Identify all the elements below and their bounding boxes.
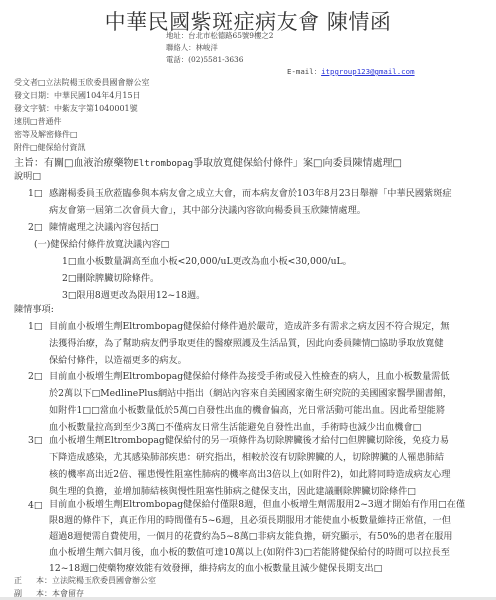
- petition-item: 目前血小板增生劑Eltrombopag健保給付條件過於嚴苛，造成許多有需求之病友…: [49, 318, 450, 369]
- org-phone: 電話：(02)5581-3636: [166, 54, 243, 65]
- original-recipient: 正本：立法院楊玉欣委員國會辦公室: [14, 575, 156, 586]
- petition-item: 目前血小板增生劑Eltrombopag健保給付僅限8週，但血小板增生劑需服用2~…: [49, 497, 465, 577]
- petition-item: 目前血小板增生劑Eltrombopag健保給付條件為接受手術或侵入性檢查的病人，…: [49, 368, 452, 436]
- explanation-item: 感謝楊委員玉欣蒞臨參與本病友會之成立大會，而本病友會於103年8月23日舉辦「中…: [49, 185, 452, 219]
- email-link[interactable]: itpgroup123@gmail.com: [321, 67, 414, 76]
- subject-line: 主旨：有關□血液治療藥物Eltrombopag爭取放寬健保給付條件」案□向委員陳…: [14, 154, 402, 169]
- org-contact-person: 聯絡人：林峻洋: [166, 42, 218, 53]
- email-label: E-mail：: [287, 67, 321, 76]
- delivery-speed: 速別□普通件: [14, 116, 62, 128]
- issue-date: 發文日期：中華民國104年4月15日: [14, 90, 141, 102]
- petition-item-number: 2□: [28, 368, 43, 385]
- explanation-item-number: 1□: [28, 185, 43, 202]
- petition-item: 血小板增生劑Eltrombopag健保給付的另一項條件為切除脾臟後才給付□但脾臟…: [49, 432, 450, 500]
- org-address: 地址：台北市松德路65號9樓之2: [166, 30, 274, 41]
- explanation-label: 說明□: [14, 168, 41, 185]
- email-row: E-mail：itpgroup123@gmail.com: [287, 66, 415, 77]
- petition-label: 陳情事項:: [14, 301, 54, 318]
- attachment-info: 附件□健保給付資訊: [14, 142, 86, 154]
- drug-name: Eltrombopag: [133, 159, 193, 169]
- resolution-item: 1□血小板數量調高至血小板<20,000/uL更改為血小板<30,000/uL。: [62, 253, 352, 270]
- document-page: 中華民國紫斑症病友會 陳情函 地址：台北市松德路65號9樓之2 聯絡人：林峻洋 …: [0, 0, 496, 600]
- recipient: 受文者□立法院楊玉欣委員國會辦公室: [14, 77, 150, 89]
- security-level: 密等及解密條件□: [14, 129, 78, 141]
- petition-item-number: 1□: [28, 318, 43, 335]
- resolution-item: 2□刪除脾臟切除條件。: [62, 270, 159, 287]
- resolution-subheading: (一)健保給付條件放寬決議內容□: [34, 236, 169, 253]
- document-number: 發文字號：中紫友字第1040001號: [14, 103, 138, 115]
- petition-item-number: 3□: [28, 432, 43, 449]
- resolution-item: 3□限用8週更改為限用12~18週。: [62, 287, 205, 304]
- explanation-item-number: 2□: [28, 219, 43, 236]
- petition-item-number: 4□: [28, 497, 43, 514]
- explanation-item: 陳情處理之決議內容包括□: [49, 219, 159, 236]
